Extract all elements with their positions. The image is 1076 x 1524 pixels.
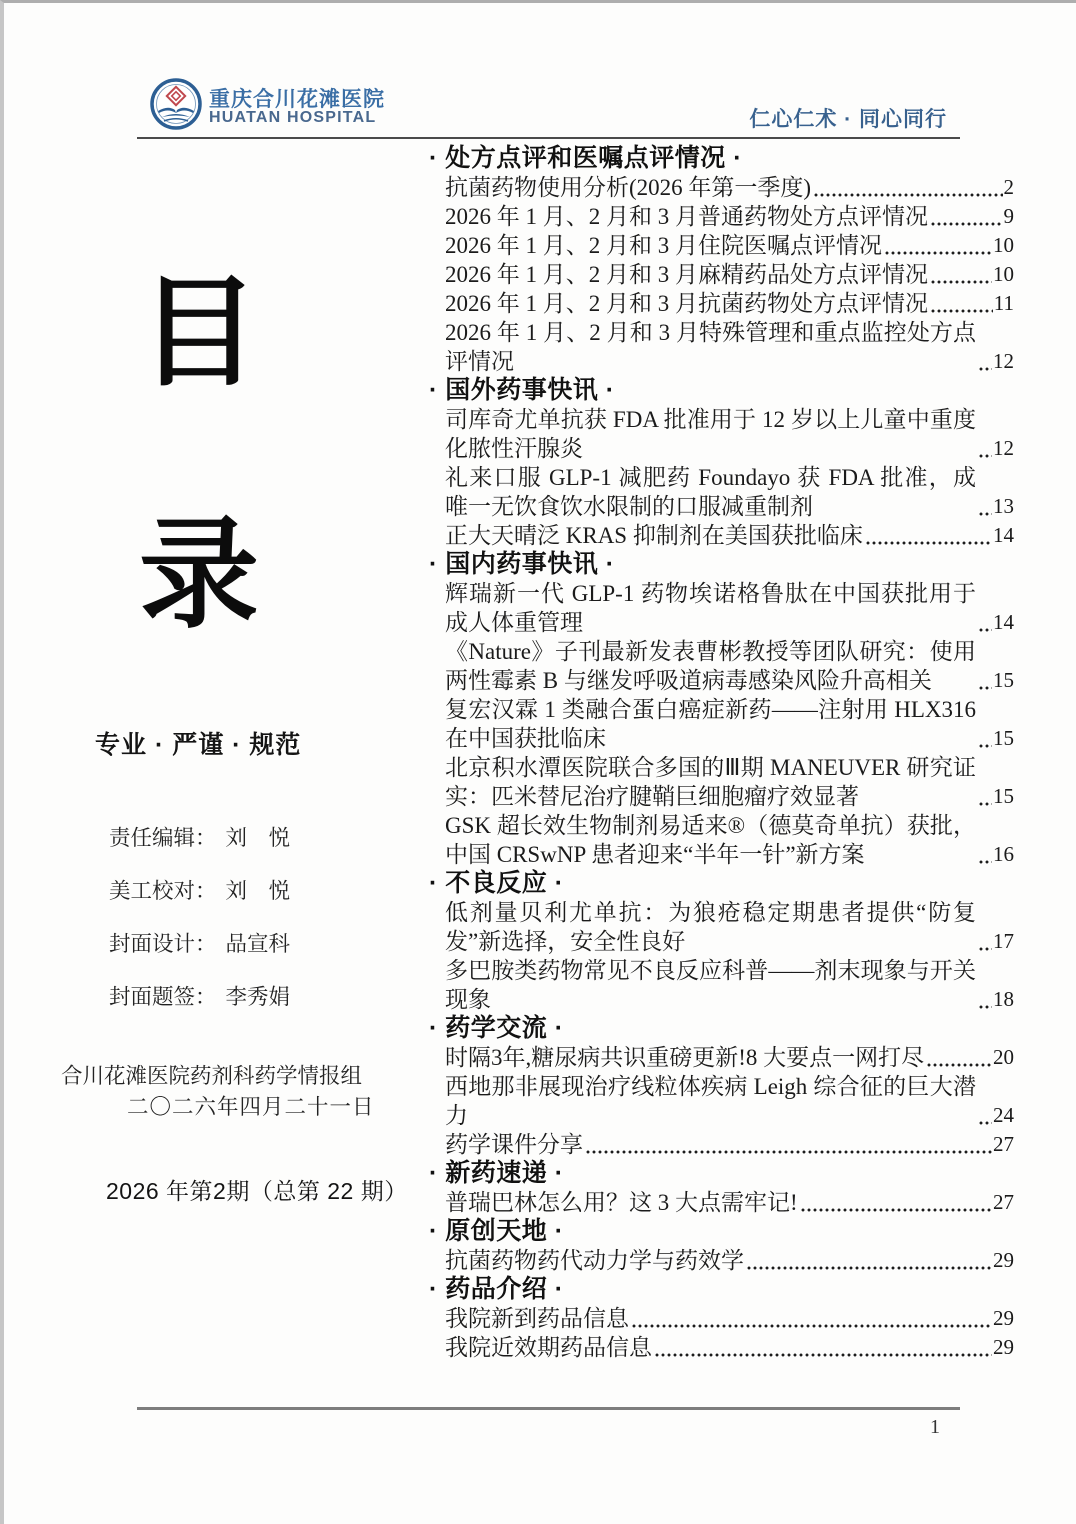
toc-entry-title: 礼来口服 GLP-1 减肥药 Foundayo 获 FDA 批准，成唯一无饮食饮… [445,463,976,521]
toc-entry-title: 2026 年 1 月、2 月和 3 月抗菌药物处方点评情况 [445,289,928,318]
publisher-block: 合川花滩医院药剂科药学情报组 二〇二六年四月二十一日 [61,1061,401,1123]
toc-entry: 北京积水潭医院联合多国的Ⅲ期 MANEUVER 研究证实：匹米替尼治疗腱鞘巨细胞… [445,753,1014,811]
toc-leader-dots [978,945,992,952]
toc-entry-title: 复宏汉霖 1 类融合蛋白癌症新药——注射用 HLX316 在中国获批临床 [445,695,976,753]
toc-entry-page: 17 [993,927,1014,956]
toc-leader-dots [978,365,992,372]
toc-entry-page: 13 [993,492,1014,521]
toc-entry-page: 10 [993,231,1014,260]
toc-entry-title: 2026 年 1 月、2 月和 3 月特殊管理和重点监控处方点评情况 [445,318,976,376]
toc-entry-page: 29 [993,1304,1014,1333]
toc-entry: 低剂量贝利尤单抗：为狼疮稳定期患者提供“防复发”新选择，安全性良好17 [445,898,1014,956]
toc-section-heading: · 药品介绍 · [429,1275,1014,1304]
page-number: 1 [930,1416,940,1439]
credit-label: 责任编辑： [109,826,217,850]
toc-entry-title: 辉瑞新一代 GLP-1 药物埃诺格鲁肽在中国获批用于成人体重管理 [445,579,976,637]
toc-leader-dots [978,684,992,691]
toc-entry: 正大天晴泛 KRAS 抑制剂在美国获批临床14 [445,521,1014,550]
toc-entry: 2026 年 1 月、2 月和 3 月住院医嘱点评情况10 [445,231,1014,260]
toc-entry: 我院近效期药品信息29 [445,1333,1014,1362]
toc-section: · 原创天地 ·抗菌药物药代动力学与药效学29 [429,1217,1014,1275]
toc-entry: 药学课件分享27 [445,1130,1014,1159]
toc-entry-title: 普瑞巴林怎么用？这 3 大点需牢记! [445,1188,798,1217]
toc-leader-dots [978,1119,992,1126]
toc-entry-page: 16 [993,840,1014,869]
toc-leader-dots [930,278,992,285]
toc-leader-dots [978,800,992,807]
toc-title-char-2: 录 [114,511,284,641]
toc-page: 重庆合川花滩医院 HUATAN HOSPITAL 仁心仁术 · 同心同行 目 录… [0,0,1076,1524]
toc-entry-page: 27 [993,1188,1014,1217]
toc-section-heading: · 国内药事快讯 · [429,550,1014,579]
toc-entry-title: 我院新到药品信息 [445,1304,629,1333]
toc-leader-dots [978,1003,992,1010]
publisher-org: 合川花滩医院药剂科药学情报组 [61,1061,401,1092]
toc-entry: 西地那非展现治疗线粒体疾病 Leigh 综合征的巨大潜力24 [445,1072,1014,1130]
toc-entry-title: 北京积水潭医院联合多国的Ⅲ期 MANEUVER 研究证实：匹米替尼治疗腱鞘巨细胞… [445,753,976,811]
toc-leader-dots [978,742,992,749]
hospital-logo [150,78,202,130]
toc-entry-title: 西地那非展现治疗线粒体疾病 Leigh 综合征的巨大潜力 [445,1072,976,1130]
toc-entry-page: 9 [1004,202,1015,231]
toc-section: · 新药速递 ·普瑞巴林怎么用？这 3 大点需牢记!27 [429,1159,1014,1217]
toc-entry: 2026 年 1 月、2 月和 3 月麻精药品处方点评情况10 [445,260,1014,289]
toc-list: · 处方点评和医嘱点评情况 ·抗菌药物使用分析(2026 年第一季度)22026… [429,144,1014,1362]
toc-entry-page: 24 [993,1101,1014,1130]
toc-entry-page: 12 [993,347,1014,376]
toc-entry-title: 抗菌药物药代动力学与药效学 [445,1246,744,1275]
toc-title-char-1: 目 [114,269,284,399]
motto-text: 专业 · 严谨 · 规范 [95,725,301,761]
toc-leader-dots [930,220,1003,227]
toc-entry-title: 多巴胺类药物常见不良反应科普——剂末现象与开关现象 [445,956,976,1014]
toc-entry: 抗菌药物药代动力学与药效学29 [445,1246,1014,1275]
toc-leader-dots [746,1264,992,1271]
toc-entry: 普瑞巴林怎么用？这 3 大点需牢记!27 [445,1188,1014,1217]
issue-number: 2026 年第2期（总第 22 期） [106,1173,408,1206]
toc-leader-dots [978,626,992,633]
toc-entry: 司库奇尤单抗获 FDA 批准用于 12 岁以上儿童中重度化脓性汗腺炎12 [445,405,1014,463]
toc-section: · 药品介绍 ·我院新到药品信息29我院近效期药品信息29 [429,1275,1014,1362]
toc-entry-page: 14 [993,521,1014,550]
footer-divider [137,1407,960,1410]
credit-value: 刘 悦 [226,879,291,903]
toc-entry-title: 2026 年 1 月、2 月和 3 月麻精药品处方点评情况 [445,260,928,289]
toc-big-title: 目 录 [114,269,284,641]
toc-entry-page: 15 [993,724,1014,753]
toc-entry-title: 司库奇尤单抗获 FDA 批准用于 12 岁以上儿童中重度化脓性汗腺炎 [445,405,976,463]
toc-entry-page: 11 [994,289,1014,318]
toc-section-heading: · 不良反应 · [429,869,1014,898]
toc-leader-dots [585,1148,992,1155]
credit-row-cover-inscription: 封面题签：李秀娟 [109,980,290,1011]
credit-label: 封面题签： [109,985,217,1009]
toc-leader-dots [978,510,992,517]
toc-entry-page: 12 [993,434,1014,463]
credits-list: 责任编辑：刘 悦 美工校对：刘 悦 封面设计：品宣科 封面题签：李秀娟 [109,821,290,1033]
toc-entry-title: 低剂量贝利尤单抗：为狼疮稳定期患者提供“防复发”新选择，安全性良好 [445,898,976,956]
toc-section: · 药学交流 ·时隔3年,糖尿病共识重磅更新!8 大要点一网打尽20西地那非展现… [429,1014,1014,1159]
toc-leader-dots [813,191,1002,198]
toc-entry-title: 抗菌药物使用分析(2026 年第一季度) [445,173,811,202]
toc-entry: 复宏汉霖 1 类融合蛋白癌症新药——注射用 HLX316 在中国获批临床15 [445,695,1014,753]
toc-entry: GSK 超长效生物制剂易适来®（德莫奇单抗）获批，中国 CRSwNP 患者迎来“… [445,811,1014,869]
toc-leader-dots [631,1322,992,1329]
toc-entry-page: 29 [993,1333,1014,1362]
toc-section: · 国内药事快讯 ·辉瑞新一代 GLP-1 药物埃诺格鲁肽在中国获批用于成人体重… [429,550,1014,869]
toc-entry-page: 20 [993,1043,1014,1072]
toc-entry-title: GSK 超长效生物制剂易适来®（德莫奇单抗）获批，中国 CRSwNP 患者迎来“… [445,811,976,869]
toc-entry-page: 10 [993,260,1014,289]
toc-section-heading: · 国外药事快讯 · [429,376,1014,405]
toc-leader-dots [865,539,992,546]
toc-leader-dots [654,1351,992,1358]
toc-entry: 抗菌药物使用分析(2026 年第一季度)2 [445,173,1014,202]
credit-row-proofreader: 美工校对：刘 悦 [109,874,290,905]
toc-entry-page: 15 [993,782,1014,811]
toc-section-heading: · 处方点评和医嘱点评情况 · [429,144,1014,173]
toc-entry: 2026 年 1 月、2 月和 3 月普通药物处方点评情况9 [445,202,1014,231]
header-slogan: 仁心仁术 · 同心同行 [749,103,947,133]
toc-leader-dots [926,1061,992,1068]
toc-entry: 礼来口服 GLP-1 减肥药 Foundayo 获 FDA 批准，成唯一无饮食饮… [445,463,1014,521]
toc-leader-dots [978,858,992,865]
toc-entry: 我院新到药品信息29 [445,1304,1014,1333]
toc-entry-page: 2 [1004,173,1015,202]
toc-entry: 多巴胺类药物常见不良反应科普——剂末现象与开关现象18 [445,956,1014,1014]
toc-section: · 处方点评和医嘱点评情况 ·抗菌药物使用分析(2026 年第一季度)22026… [429,144,1014,376]
toc-entry-title: 时隔3年,糖尿病共识重磅更新!8 大要点一网打尽 [445,1043,924,1072]
toc-entry-title: 2026 年 1 月、2 月和 3 月住院医嘱点评情况 [445,231,882,260]
hospital-name-en: HUATAN HOSPITAL [209,109,376,127]
credit-value: 刘 悦 [226,826,291,850]
toc-section-heading: · 新药速递 · [429,1159,1014,1188]
hospital-logo-icon [150,78,202,130]
credit-value: 品宣科 [226,932,291,956]
toc-leader-dots [978,452,992,459]
toc-entry-page: 29 [993,1246,1014,1275]
toc-entry-title: 药学课件分享 [445,1130,583,1159]
toc-entry-title: 《Nature》子刊最新发表曹彬教授等团队研究：使用两性霉素 B 与继发呼吸道病… [445,637,976,695]
toc-entry: 2026 年 1 月、2 月和 3 月特殊管理和重点监控处方点评情况12 [445,318,1014,376]
toc-section-heading: · 原创天地 · [429,1217,1014,1246]
publish-date: 二〇二六年四月二十一日 [127,1092,401,1123]
credit-value: 李秀娟 [226,985,291,1009]
toc-leader-dots [884,249,992,256]
toc-entry-title: 我院近效期药品信息 [445,1333,652,1362]
toc-entry-page: 14 [993,608,1014,637]
toc-section: · 不良反应 ·低剂量贝利尤单抗：为狼疮稳定期患者提供“防复发”新选择，安全性良… [429,869,1014,1014]
credit-label: 封面设计： [109,932,217,956]
toc-entry-page: 18 [993,985,1014,1014]
header-divider [137,137,960,139]
toc-entry-title: 正大天晴泛 KRAS 抑制剂在美国获批临床 [445,521,863,550]
credit-label: 美工校对： [109,879,217,903]
toc-section-heading: · 药学交流 · [429,1014,1014,1043]
toc-entry: 《Nature》子刊最新发表曹彬教授等团队研究：使用两性霉素 B 与继发呼吸道病… [445,637,1014,695]
toc-entry: 2026 年 1 月、2 月和 3 月抗菌药物处方点评情况11 [445,289,1014,318]
toc-entry: 时隔3年,糖尿病共识重磅更新!8 大要点一网打尽20 [445,1043,1014,1072]
toc-entry-page: 27 [993,1130,1014,1159]
toc-entry: 辉瑞新一代 GLP-1 药物埃诺格鲁肽在中国获批用于成人体重管理14 [445,579,1014,637]
toc-entry-page: 15 [993,666,1014,695]
toc-entry-title: 2026 年 1 月、2 月和 3 月普通药物处方点评情况 [445,202,928,231]
toc-leader-dots [930,307,993,314]
credit-row-editor: 责任编辑：刘 悦 [109,821,290,852]
credit-row-cover-design: 封面设计：品宣科 [109,927,290,958]
toc-leader-dots [800,1206,992,1213]
toc-section: · 国外药事快讯 ·司库奇尤单抗获 FDA 批准用于 12 岁以上儿童中重度化脓… [429,376,1014,550]
